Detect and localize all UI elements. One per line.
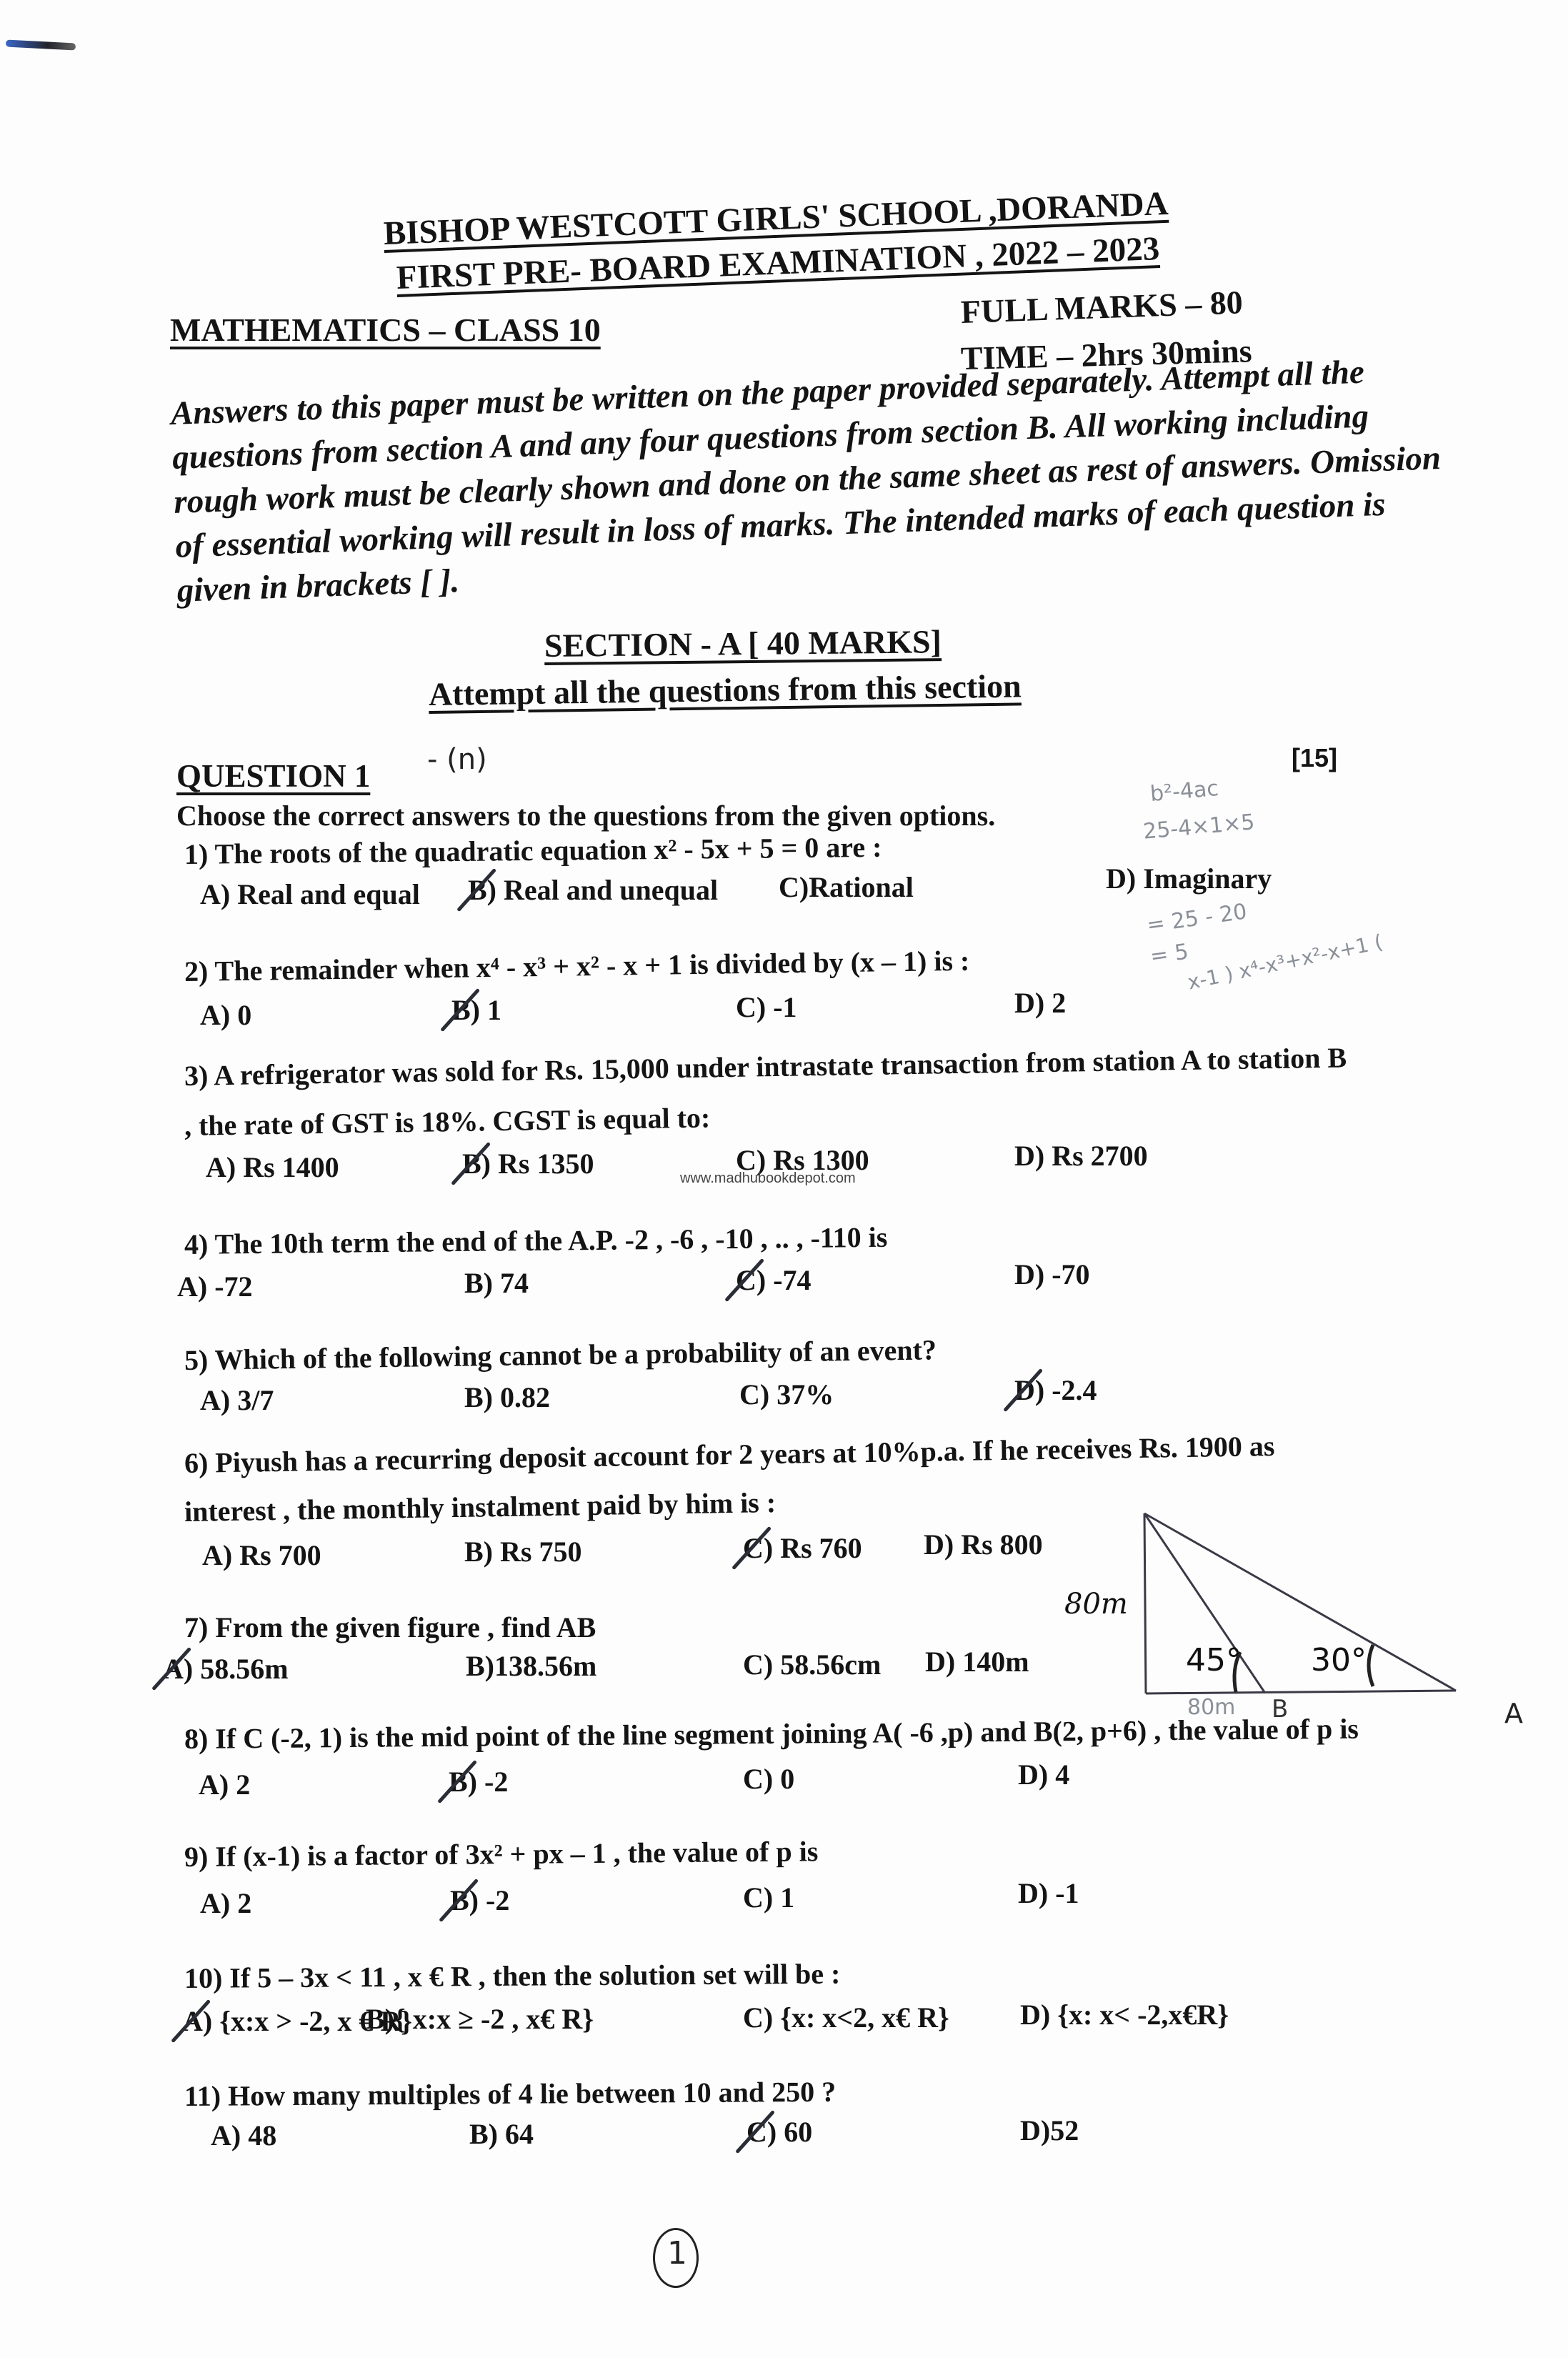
answer-option: D) 4 bbox=[1018, 1758, 1069, 1791]
answer-option: C) 37% bbox=[739, 1378, 834, 1411]
full-marks: FULL MARKS – 80 bbox=[960, 283, 1243, 331]
answer-option: B) 64 bbox=[469, 2117, 534, 2151]
answer-option: C) 0 bbox=[743, 1762, 794, 1796]
answer-option: C) 58.56cm bbox=[743, 1648, 881, 1681]
rough-work-4: = 5 bbox=[1149, 939, 1190, 969]
answer-option: D) Rs 800 bbox=[924, 1528, 1043, 1561]
question-text: 9) If (x-1) is a factor of 3x² + px – 1 … bbox=[184, 1834, 819, 1874]
answer-option: A) -72 bbox=[177, 1270, 253, 1303]
answer-option: D) Rs 2700 bbox=[1014, 1139, 1148, 1173]
answer-option: A) 0 bbox=[200, 998, 251, 1032]
question-text: 2) The remainder when x⁴ - x³ + x² - x +… bbox=[184, 944, 970, 988]
answer-option: B)138.56m bbox=[466, 1649, 596, 1683]
figure-height-label: 80m bbox=[1064, 1588, 1128, 1621]
question-marks: [15] bbox=[1292, 743, 1337, 773]
pen-mark bbox=[6, 39, 76, 50]
handwritten-score: - (n) bbox=[427, 743, 487, 776]
rough-work-3: = 25 - 20 bbox=[1145, 899, 1248, 937]
instructions: Answers to this paper must be written on… bbox=[170, 347, 1449, 613]
answer-option: A) 2 bbox=[199, 1768, 250, 1801]
answer-option: B){ x:x ≥ -2 , x€ R} bbox=[366, 2002, 594, 2036]
question-text: 4) The 10th term the end of the A.P. -2 … bbox=[184, 1220, 888, 1261]
answer-option: B) Rs 750 bbox=[464, 1535, 581, 1568]
answer-option: B) Real and unequal bbox=[468, 873, 718, 907]
answer-option: D) 140m bbox=[925, 1645, 1029, 1678]
answer-option: A) 2 bbox=[200, 1886, 251, 1920]
answer-option: D)52 bbox=[1020, 2114, 1079, 2147]
answer-option: D) -70 bbox=[1014, 1258, 1090, 1291]
answer-option: B) 74 bbox=[464, 1266, 529, 1300]
answer-option: C) -74 bbox=[736, 1263, 812, 1297]
question-text: 5) Which of the following cannot be a pr… bbox=[184, 1333, 937, 1377]
answer-option: C) 1 bbox=[743, 1881, 794, 1914]
question-text-continued: , the rate of GST is 18%. CGST is equal … bbox=[184, 1100, 711, 1143]
question-text: 1) The roots of the quadratic equation x… bbox=[184, 830, 882, 871]
answer-option: B) 0.82 bbox=[464, 1381, 550, 1414]
figure-point-b: B bbox=[1272, 1695, 1288, 1723]
question-prompt: Choose the correct answers to the questi… bbox=[176, 799, 995, 832]
rough-work-1: b²-4ac bbox=[1149, 776, 1220, 807]
figure-base-label: 80m bbox=[1187, 1695, 1235, 1720]
answer-option: C) -1 bbox=[736, 990, 797, 1024]
triangle-figure bbox=[1114, 1486, 1568, 1729]
subject-class: MATHEMATICS – CLASS 10 bbox=[170, 311, 601, 349]
section-title: SECTION - A [ 40 MARKS] bbox=[544, 622, 942, 665]
answer-option: C) {x: x<2, x€ R} bbox=[743, 2001, 949, 2034]
answer-option: A) Real and equal bbox=[200, 877, 420, 911]
answer-option: A) 3/7 bbox=[200, 1383, 274, 1417]
figure-point-a: A bbox=[1504, 1698, 1523, 1729]
answer-option: C)Rational bbox=[779, 870, 914, 904]
rough-work-division: x-1 ) x⁴-x³+x²-x+1 ( bbox=[1186, 930, 1385, 994]
question-text: 3) A refrigerator was sold for Rs. 15,00… bbox=[184, 1040, 1347, 1093]
question-text-continued: interest , the monthly instalment paid b… bbox=[184, 1486, 776, 1528]
question-text: 11) How many multiples of 4 lie between … bbox=[184, 2075, 837, 2113]
answer-option: D) -1 bbox=[1018, 1876, 1079, 1910]
answer-option: D) Imaginary bbox=[1106, 862, 1272, 895]
answer-option: A) 48 bbox=[211, 2119, 276, 2152]
section-subtitle: Attempt all the questions from this sect… bbox=[429, 667, 1022, 713]
page-number: 1 bbox=[667, 2235, 687, 2272]
answer-option: D) {x: x< -2,x€R} bbox=[1020, 1998, 1229, 2031]
figure-angle-45: 45° bbox=[1186, 1642, 1242, 1678]
figure-angle-30: 30° bbox=[1311, 1642, 1367, 1678]
answer-option: D) 2 bbox=[1014, 986, 1066, 1020]
question-title: QUESTION 1 bbox=[176, 757, 370, 795]
answer-option: A) Rs 1400 bbox=[206, 1150, 339, 1184]
question-text: 6) Piyush has a recurring deposit accoun… bbox=[184, 1429, 1275, 1480]
answer-option: D) -2.4 bbox=[1014, 1373, 1097, 1407]
rough-work-2: 25-4×1×5 bbox=[1142, 810, 1256, 845]
watermark: www.madhubookdepot.com bbox=[680, 1170, 856, 1187]
question-text: 7) From the given figure , find AB bbox=[184, 1611, 596, 1644]
answer-option: A) Rs 700 bbox=[202, 1538, 321, 1572]
question-text: 10) If 5 – 3x < 11 , x € R , then the so… bbox=[184, 1957, 841, 1995]
